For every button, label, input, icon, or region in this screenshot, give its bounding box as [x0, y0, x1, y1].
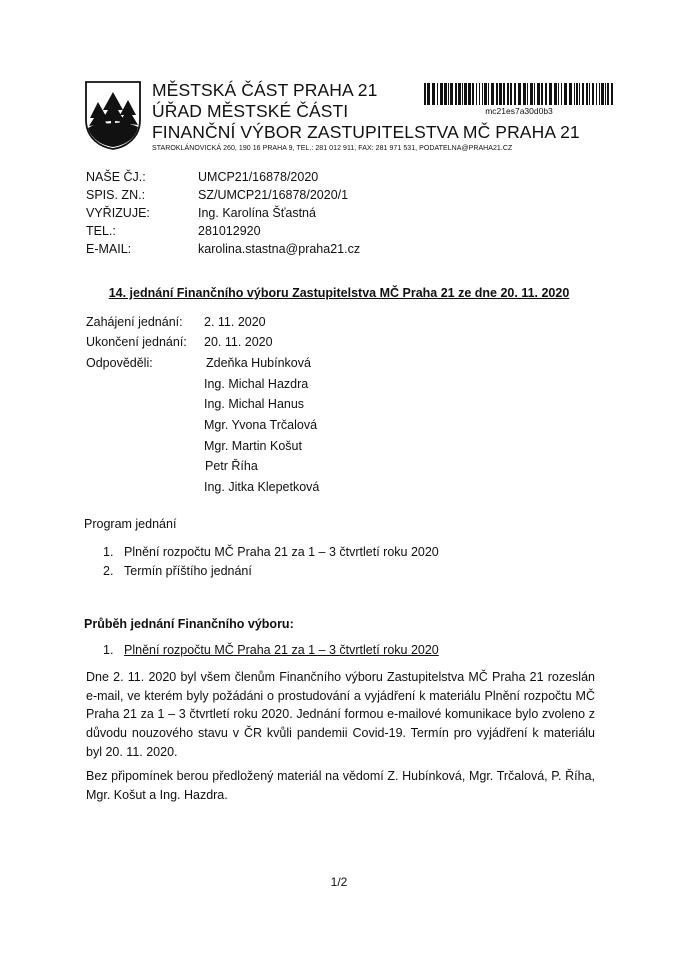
respondent: Ing. Michal Hanus — [204, 397, 304, 411]
barcode — [424, 83, 614, 105]
start-date-row: Zahájení jednání:2. 11. 2020 — [86, 315, 266, 329]
program-item: Termín příštího jednání — [124, 564, 252, 578]
meta-label: E-MAIL: — [86, 242, 198, 256]
meta-value: karolina.stastna@praha21.cz — [198, 242, 360, 256]
meta-label: TEL.: — [86, 224, 198, 238]
barcode-text: mc21es7a30d0b3 — [424, 106, 614, 116]
respondent: Ing. Jitka Klepetková — [204, 480, 319, 494]
meta-label: SPIS. ZN.: — [86, 188, 198, 202]
proceedings-item-title: Plnění rozpočtu MČ Praha 21 za 1 – 3 čtv… — [124, 643, 439, 657]
program-item: Plnění rozpočtu MČ Praha 21 za 1 – 3 čtv… — [124, 545, 439, 559]
meta-handler: VYŘIZUJE:Ing. Karolína Šťastná — [86, 206, 316, 220]
program-item-number: 1. — [103, 545, 113, 559]
meta-phone: TEL.:281012920 — [86, 224, 261, 238]
end-value: 20. 11. 2020 — [204, 335, 273, 349]
start-value: 2. 11. 2020 — [204, 315, 266, 329]
page-number: 1/2 — [0, 875, 678, 889]
proceedings-paragraph: Dne 2. 11. 2020 byl všem členům Finanční… — [86, 668, 595, 762]
meta-label: NAŠE ČJ.: — [86, 170, 198, 184]
respondent: Mgr. Martin Košut — [204, 439, 302, 453]
committee-name: FINANČNÍ VÝBOR ZASTUPITELSTVA MČ PRAHA 2… — [152, 122, 580, 143]
address-line: STAROKLÁNOVICKÁ 260, 190 16 PRAHA 9, TEL… — [152, 145, 512, 152]
meta-file-mark: SPIS. ZN.:SZ/UMCP21/16878/2020/1 — [86, 188, 348, 202]
office-name: ÚŘAD MĚSTSKÉ ČÁSTI — [152, 101, 348, 122]
respondent: Zdeňka Hubínková — [206, 356, 311, 370]
respondent: Ing. Michal Hazdra — [204, 377, 308, 391]
respondents-label: Odpověděli: — [86, 356, 153, 370]
meta-value: Ing. Karolína Šťastná — [198, 206, 316, 220]
meta-value: 281012920 — [198, 224, 261, 238]
meta-ref-number: NAŠE ČJ.:UMCP21/16878/2020 — [86, 170, 318, 184]
program-heading: Program jednání — [84, 517, 176, 531]
proceedings-heading: Průběh jednání Finančního výboru: — [84, 617, 294, 631]
end-date-row: Ukončení jednání:20. 11. 2020 — [86, 335, 273, 349]
proceedings-paragraph: Bez připomínek berou předložený materiál… — [86, 767, 595, 804]
tree-crest-icon — [84, 80, 142, 150]
org-name: MĚSTSKÁ ČÁST PRAHA 21 — [152, 80, 377, 101]
meta-label: VYŘIZUJE: — [86, 206, 198, 220]
program-item-number: 2. — [103, 564, 113, 578]
proceedings-item-number: 1. — [103, 643, 113, 657]
meta-value: UMCP21/16878/2020 — [198, 170, 318, 184]
meta-value: SZ/UMCP21/16878/2020/1 — [198, 188, 348, 202]
meta-email: E-MAIL:karolina.stastna@praha21.cz — [86, 242, 360, 256]
respondent: Petr Říha — [205, 459, 258, 473]
end-label: Ukončení jednání: — [86, 335, 204, 349]
respondent: Mgr. Yvona Trčalová — [204, 418, 317, 432]
start-label: Zahájení jednání: — [86, 315, 204, 329]
document-title: 14. jednání Finančního výboru Zastupitel… — [0, 286, 678, 300]
